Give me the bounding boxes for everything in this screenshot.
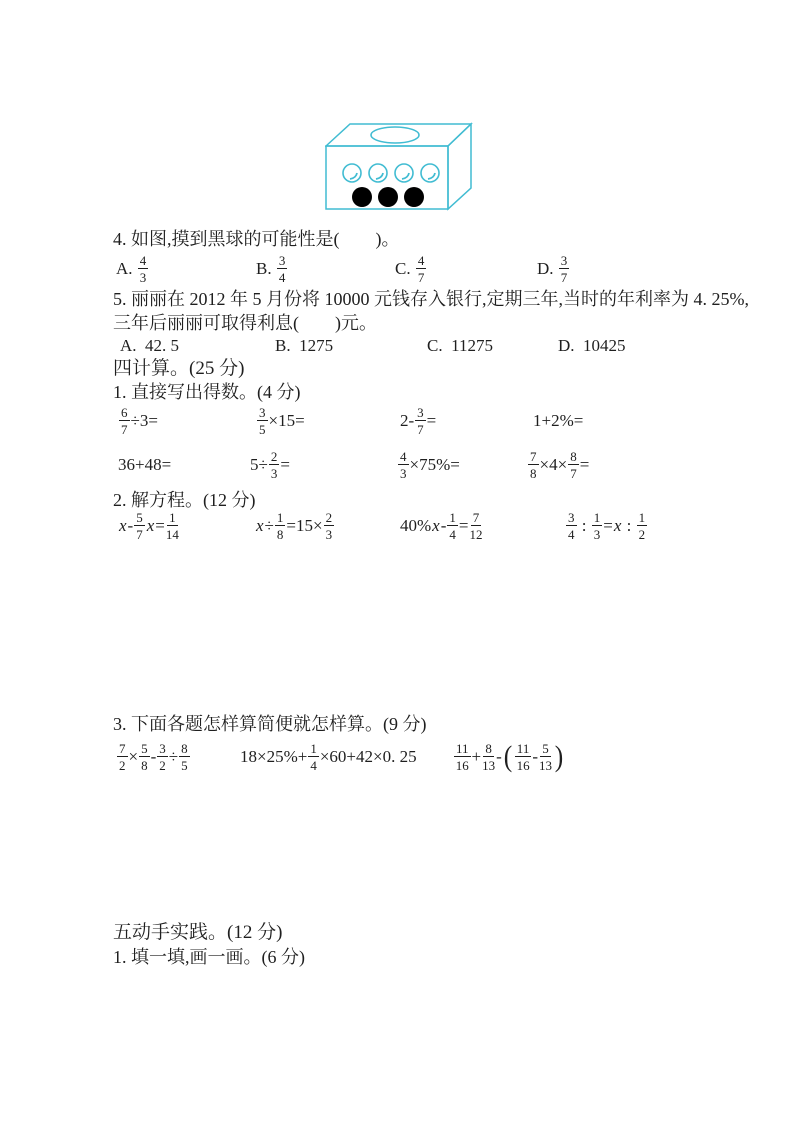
- q4-option-b: B. 34: [256, 252, 288, 286]
- ball-box-illustration: [325, 113, 475, 213]
- fraction: 43: [398, 449, 409, 482]
- fraction: 34: [277, 253, 288, 286]
- fraction: 13: [592, 510, 603, 543]
- fraction: 43: [138, 253, 149, 286]
- q4-option-c: C. 47: [395, 252, 427, 286]
- q5-option-b: B. 1275: [275, 335, 333, 357]
- fraction: 37: [559, 253, 570, 286]
- calc-item: 2-37=: [400, 403, 436, 439]
- fraction: 72: [117, 741, 128, 774]
- worksheet-page: 4. 如图,摸到黑球的可能性是( )。 A. 43 B. 34 C. 47 D.…: [0, 0, 793, 1122]
- fraction: 712: [469, 510, 482, 543]
- calc-item: 1+2%=: [533, 403, 583, 439]
- simplify-item: 72×58-32÷85: [116, 738, 191, 776]
- section-4-sub1-title: 1. 直接写出得数。(4 分): [113, 380, 301, 404]
- simplify-item: 1116+813-(1116-513): [453, 738, 565, 776]
- fraction: 114: [166, 510, 179, 543]
- fraction: 85: [179, 741, 190, 774]
- q4-option-a: A. 43: [116, 252, 149, 286]
- simplify-item: 18×25%+14×60+42×0. 25: [240, 738, 417, 776]
- fraction: 12: [637, 510, 648, 543]
- fraction: 14: [447, 510, 458, 543]
- calc-item: 36+48=: [118, 447, 171, 483]
- calc-item: 78×4×87=: [527, 447, 589, 483]
- fraction: 37: [415, 405, 426, 438]
- section-5-title: 五动手实践。(12 分): [113, 921, 282, 945]
- fraction: 1116: [515, 741, 532, 774]
- q4-option-d: D. 37: [537, 252, 570, 286]
- calc-item: 67÷3=: [118, 403, 158, 439]
- fraction: 78: [528, 449, 539, 482]
- q5-option-d: D. 10425: [558, 335, 626, 357]
- equation-item: 40%x-14=712: [400, 506, 483, 546]
- black-ball: [352, 187, 372, 207]
- calc-item: 35×15=: [256, 403, 305, 439]
- calc-item: 5÷23=: [250, 447, 290, 483]
- fraction: 34: [566, 510, 577, 543]
- section-5-sub1-title: 1. 填一填,画一画。(6 分): [113, 945, 305, 969]
- fraction: 1116: [454, 741, 471, 774]
- fraction: 57: [134, 510, 145, 543]
- section-4-title: 四计算。(25 分): [113, 357, 244, 381]
- fraction: 513: [539, 741, 552, 774]
- calc-item: 43×75%=: [397, 447, 460, 483]
- q5-option-c: C. 11275: [427, 335, 493, 357]
- fraction: 14: [308, 741, 319, 774]
- balls-group: [343, 164, 439, 207]
- question-4-stem: 4. 如图,摸到黑球的可能性是( )。: [113, 227, 400, 251]
- fraction: 47: [416, 253, 427, 286]
- fraction: 58: [139, 741, 150, 774]
- equation-item: 34 : 13=x : 12: [565, 506, 648, 546]
- question-5-stem-line2: 三年后丽丽可取得利息( )元。: [113, 311, 377, 335]
- fraction: 35: [257, 405, 268, 438]
- equation-item: x÷18=15×23: [255, 506, 335, 546]
- fraction: 18: [275, 510, 286, 543]
- equation-item: x-57x=114: [118, 506, 180, 546]
- fraction: 87: [568, 449, 579, 482]
- question-5-stem-line1: 5. 丽丽在 2012 年 5 月份将 10000 元钱存入银行,定期三年,当时…: [113, 287, 749, 311]
- black-ball: [404, 187, 424, 207]
- fraction: 23: [269, 449, 280, 482]
- fraction: 32: [157, 741, 168, 774]
- fraction: 813: [482, 741, 495, 774]
- section-4-sub3-title: 3. 下面各题怎样算简便就怎样算。(9 分): [113, 712, 427, 736]
- fraction: 23: [324, 510, 335, 543]
- q5-option-a: A. 42. 5: [120, 335, 179, 357]
- black-ball: [378, 187, 398, 207]
- fraction: 67: [119, 405, 130, 438]
